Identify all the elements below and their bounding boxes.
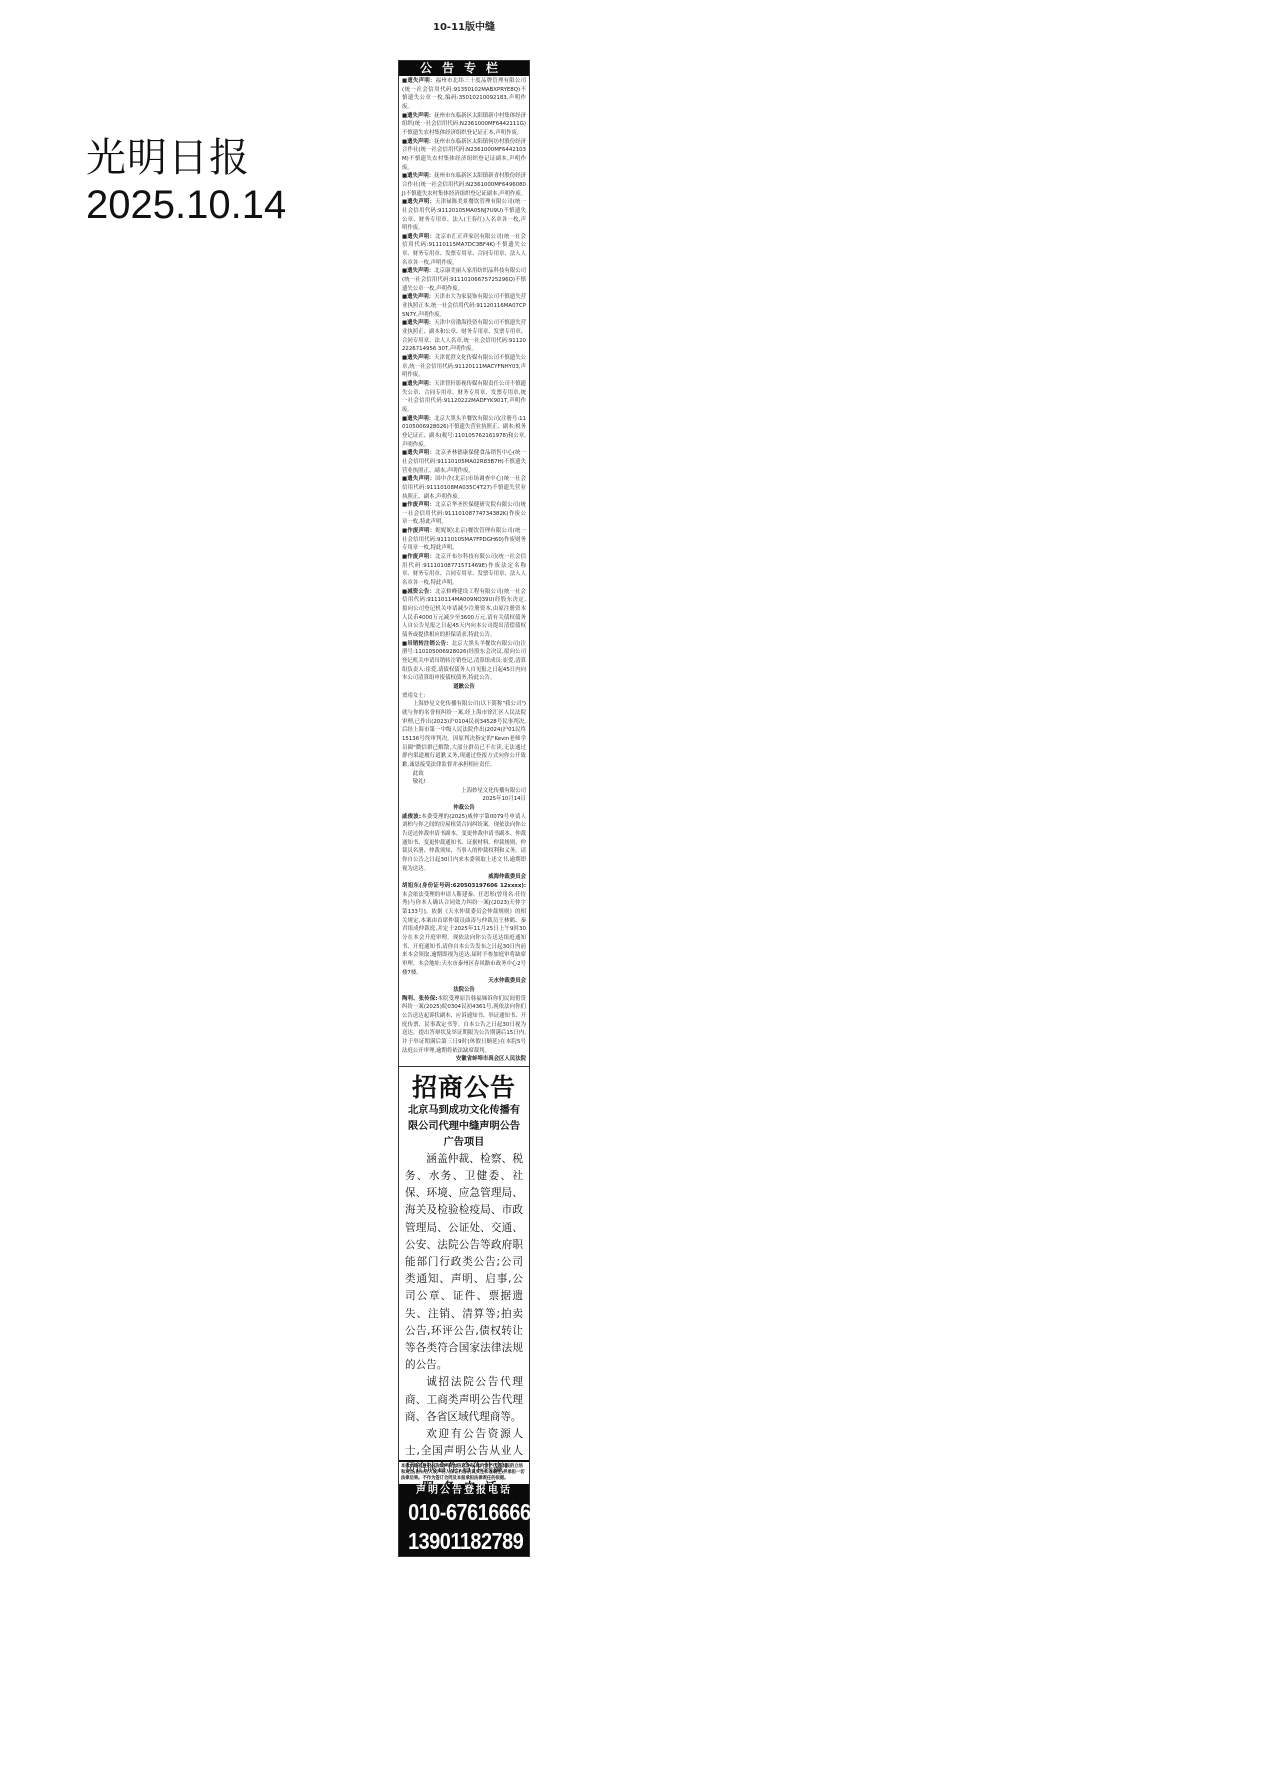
notice-tag: ■遗失声明： (402, 416, 434, 422)
notice-item: ■作废声明：北京开布尔科技有限公司(统一社会信用代码:9111010877157… (402, 553, 526, 588)
notice-tag: ■作废声明： (402, 528, 435, 534)
notice-tag: ■遗失声明： (402, 113, 434, 119)
notice-item: ■遗失声明：国中企(北京)市场调查中心(统一社会信用代码:91110108MA0… (402, 475, 526, 501)
notice-tag: ■遗失声明： (402, 476, 435, 482)
arbitration-notice-2: 胡旭东(身份证号码:620503197606 12xxxx):本会依法受理的申请… (402, 882, 526, 986)
arbitration-party: 戚俊波: (402, 814, 421, 820)
court-party: 陶利、张传保: (402, 996, 437, 1002)
apology-notice: 道歉公告 贾靖女士: 上海妙星文化传播有限公司(以下简称"我公司")就与你的名誉… (402, 683, 526, 804)
footer-phone-landline: 010-67616666 (408, 1498, 520, 1527)
arbitration-signer: 威海仲裁委员会 (402, 873, 526, 882)
notice-text: 北京修峰建设工程有限公司(统一社会信用代码:91110114MA009NQ39U… (402, 589, 526, 638)
notice-item: ■遗失声明：北京康美丽人家用纺织品科技有限公司(统一社会信用代码:9111010… (402, 267, 526, 293)
notice-column: 公告专栏 ■遗失声明：福州市北纬三十度品牌管理有限公司(统一社会信用代码:913… (398, 60, 530, 1557)
notice-list: ■遗失声明：福州市北纬三十度品牌管理有限公司(统一社会信用代码:91350102… (399, 76, 529, 1066)
court-title: 法院公告 (402, 986, 526, 995)
notice-tag: ■遗失声明： (402, 381, 434, 387)
notice-tag: ■遗失声明： (402, 234, 435, 240)
issue-date: 2025.10.14 (86, 182, 286, 228)
ad-paragraph-agents: 诚招法院公告代理商、工商类声明公告代理商、各省区域代理商等。 (405, 1374, 523, 1426)
notice-item: ■遗失声明：天津市大为家装饰有限公司不慎遗失营业执照正本,统一社会信用代码:91… (402, 293, 526, 319)
arbitration-signer: 天水仲裁委员会 (402, 977, 526, 986)
notice-item: ■遗失声明：天津智轩影视传媒有限责任公司不慎遗失公章、合同专用章、财务专用章、发… (402, 380, 526, 415)
apology-salutation: 贾靖女士: (402, 692, 526, 701)
notice-tag: ■减资公告： (402, 589, 435, 595)
arbitration-notice-1: 仲裁公告 戚俊波:本委受理的(2025)威仲字第0079号申请人刘柏与你之间的房… (402, 804, 526, 882)
notice-tag: ■遗失声明： (402, 320, 434, 326)
ad-items-label: 广告项目 (405, 1135, 523, 1151)
ad-agency: 北京马到成功文化传播有限公司代理中缝声明公告 (405, 1103, 523, 1135)
notice-tag: ■遗失声明： (402, 78, 436, 84)
apology-signer: 上海妙星文化传播有限公司 (402, 787, 526, 796)
arbitration-body: 本委受理的(2025)威仲字第0079号申请人刘柏与你之间的房屋租赁合同纠纷案。… (402, 814, 526, 872)
notice-item: ■遗失声明：北京市汇正祥家居有限公司(统一社会信用代码:91110115MA7D… (402, 233, 526, 268)
notice-item: ■遗失声明：抚州市东临新区太阳镇新中村集体经济组织(统一社会信用代码:N2361… (402, 112, 526, 138)
apology-closing-2: 敬礼! (402, 778, 526, 787)
notice-item: ■作废声明：北京京华圣医保健研究院有限公司(统一社会信用代码:911101087… (402, 501, 526, 527)
apology-title: 道歉公告 (402, 683, 526, 692)
fold-label: 10-11版中缝 (398, 18, 530, 33)
notice-item: ■作废声明：妮妮妮(北京)餐饮管理有限公司(统一社会信用代码:91110105M… (402, 527, 526, 553)
arbitration-body: 本会依法受理的申请人靳建秦、任思彤(曾用名:任侍秀)与你本人确认合同效力纠纷一案… (402, 892, 526, 976)
notice-tag: ■遗失声明： (402, 294, 434, 300)
arbitration-paragraph: 胡旭东(身份证号码:620503197606 12xxxx):本会依法受理的申请… (402, 882, 526, 977)
notice-item: ■遗失声明：天津禄陈美景餐饮管理有限公司(统一社会信用代码:91120105MA… (402, 198, 526, 233)
ad-body: 涵盖仲裁、检察、税务、水务、卫健委、社保、环境、应急管理局、海关及检验检疫局、市… (405, 1151, 523, 1478)
notice-tag: ■作废声明： (402, 554, 435, 560)
apology-date: 2025年10月14日 (402, 795, 526, 804)
notice-item: ■减资公告：北京修峰建设工程有限公司(统一社会信用代码:91110114MA00… (402, 588, 526, 640)
footer-phone-mobile: 13901182789 (408, 1527, 520, 1556)
notice-item: ■吊销转注销公告：北京大黑头羊餐饮有限公司(注册号:11010500692802… (402, 640, 526, 683)
court-notice: 法院公告 陶利、张传保:本院受理原告韩福娣诉你们民间借贷纠纷一案(2025)皖0… (402, 986, 526, 1064)
notice-tag: ■遗失声明： (402, 355, 434, 361)
notice-item: ■遗失声明：天津中房渤海投资有限公司不慎遗失营业执照正、副本和公章、财务专用章、… (402, 319, 526, 354)
court-paragraph: 陶利、张传保:本院受理原告韩福娣诉你们民间借贷纠纷一案(2025)皖0304民初… (402, 995, 526, 1056)
notice-tag: ■遗失声明： (402, 139, 434, 145)
notice-tag: ■吊销转注销公告： (402, 641, 452, 647)
arbitration-party: 胡旭东(身份证号码:620503197606 12xxxx): (402, 883, 526, 889)
arbitration-paragraph: 戚俊波:本委受理的(2025)威仲字第0079号申请人刘柏与你之间的房屋租赁合同… (402, 813, 526, 874)
footer-label: 声明公告登报电话 (399, 1484, 529, 1498)
disclaimer: 本报中缝刊登的公告或声明为信息发布,其内容不代表本报的立场和观点,由公告人或声明… (399, 1460, 529, 1484)
court-body: 本院受理原告韩福娣诉你们民间借贷纠纷一案(2025)皖0304民初4361号,现… (402, 996, 526, 1054)
notice-tag: ■作废声明： (402, 502, 435, 508)
apology-closing-1: 此致 (402, 770, 526, 779)
footer-contact: 声明公告登报电话 010-67616666 13901182789 (399, 1484, 529, 1556)
notice-item: ■遗失声明：抚州市东临新区太阳镇新青村股份经济合作社(统一社会信用代码:N236… (402, 172, 526, 198)
notice-item: ■遗失声明：抚州市东临新区太阳镇何坊村股份经济合作社(统一社会信用代码:N236… (402, 138, 526, 173)
court-signer: 安徽省蚌埠市禹会区人民法院 (402, 1055, 526, 1064)
apology-body: 上海妙星文化传播有限公司(以下简称"我公司")就与你的名誉权纠纷一案,经上海市徐… (402, 700, 526, 769)
newspaper-name: 光明日报 (86, 134, 250, 182)
ad-title: 招商公告 (405, 1073, 523, 1103)
notice-item: ■遗失声明：福州市北纬三十度品牌管理有限公司(统一社会信用代码:91350102… (402, 77, 526, 112)
notice-item: ■遗失声明：北京大黑头羊餐饮有限公司(注册号:110105006928026)不… (402, 415, 526, 450)
notice-tag: ■遗失声明： (402, 268, 434, 274)
notice-tag: ■遗失声明： (402, 173, 434, 179)
arbitration-title: 仲裁公告 (402, 804, 526, 813)
notice-item: ■遗失声明：北京圣林德康保健食品销售中心(统一社会信用代码:91110105MA… (402, 449, 526, 475)
notice-item: ■遗失声明：天津优澄文化传媒有限公司不慎遗失公章,统一社会信用代码:911201… (402, 354, 526, 380)
column-header: 公告专栏 (399, 61, 529, 76)
recruitment-ad: 招商公告 北京马到成功文化传播有限公司代理中缝声明公告 广告项目 涵盖仲裁、检察… (399, 1066, 529, 1460)
ad-paragraph-scope: 涵盖仲裁、检察、税务、水务、卫健委、社保、环境、应急管理局、海关及检验检疫局、市… (405, 1151, 523, 1375)
notice-tag: ■遗失声明： (402, 199, 435, 205)
notice-tag: ■遗失声明： (402, 450, 435, 456)
